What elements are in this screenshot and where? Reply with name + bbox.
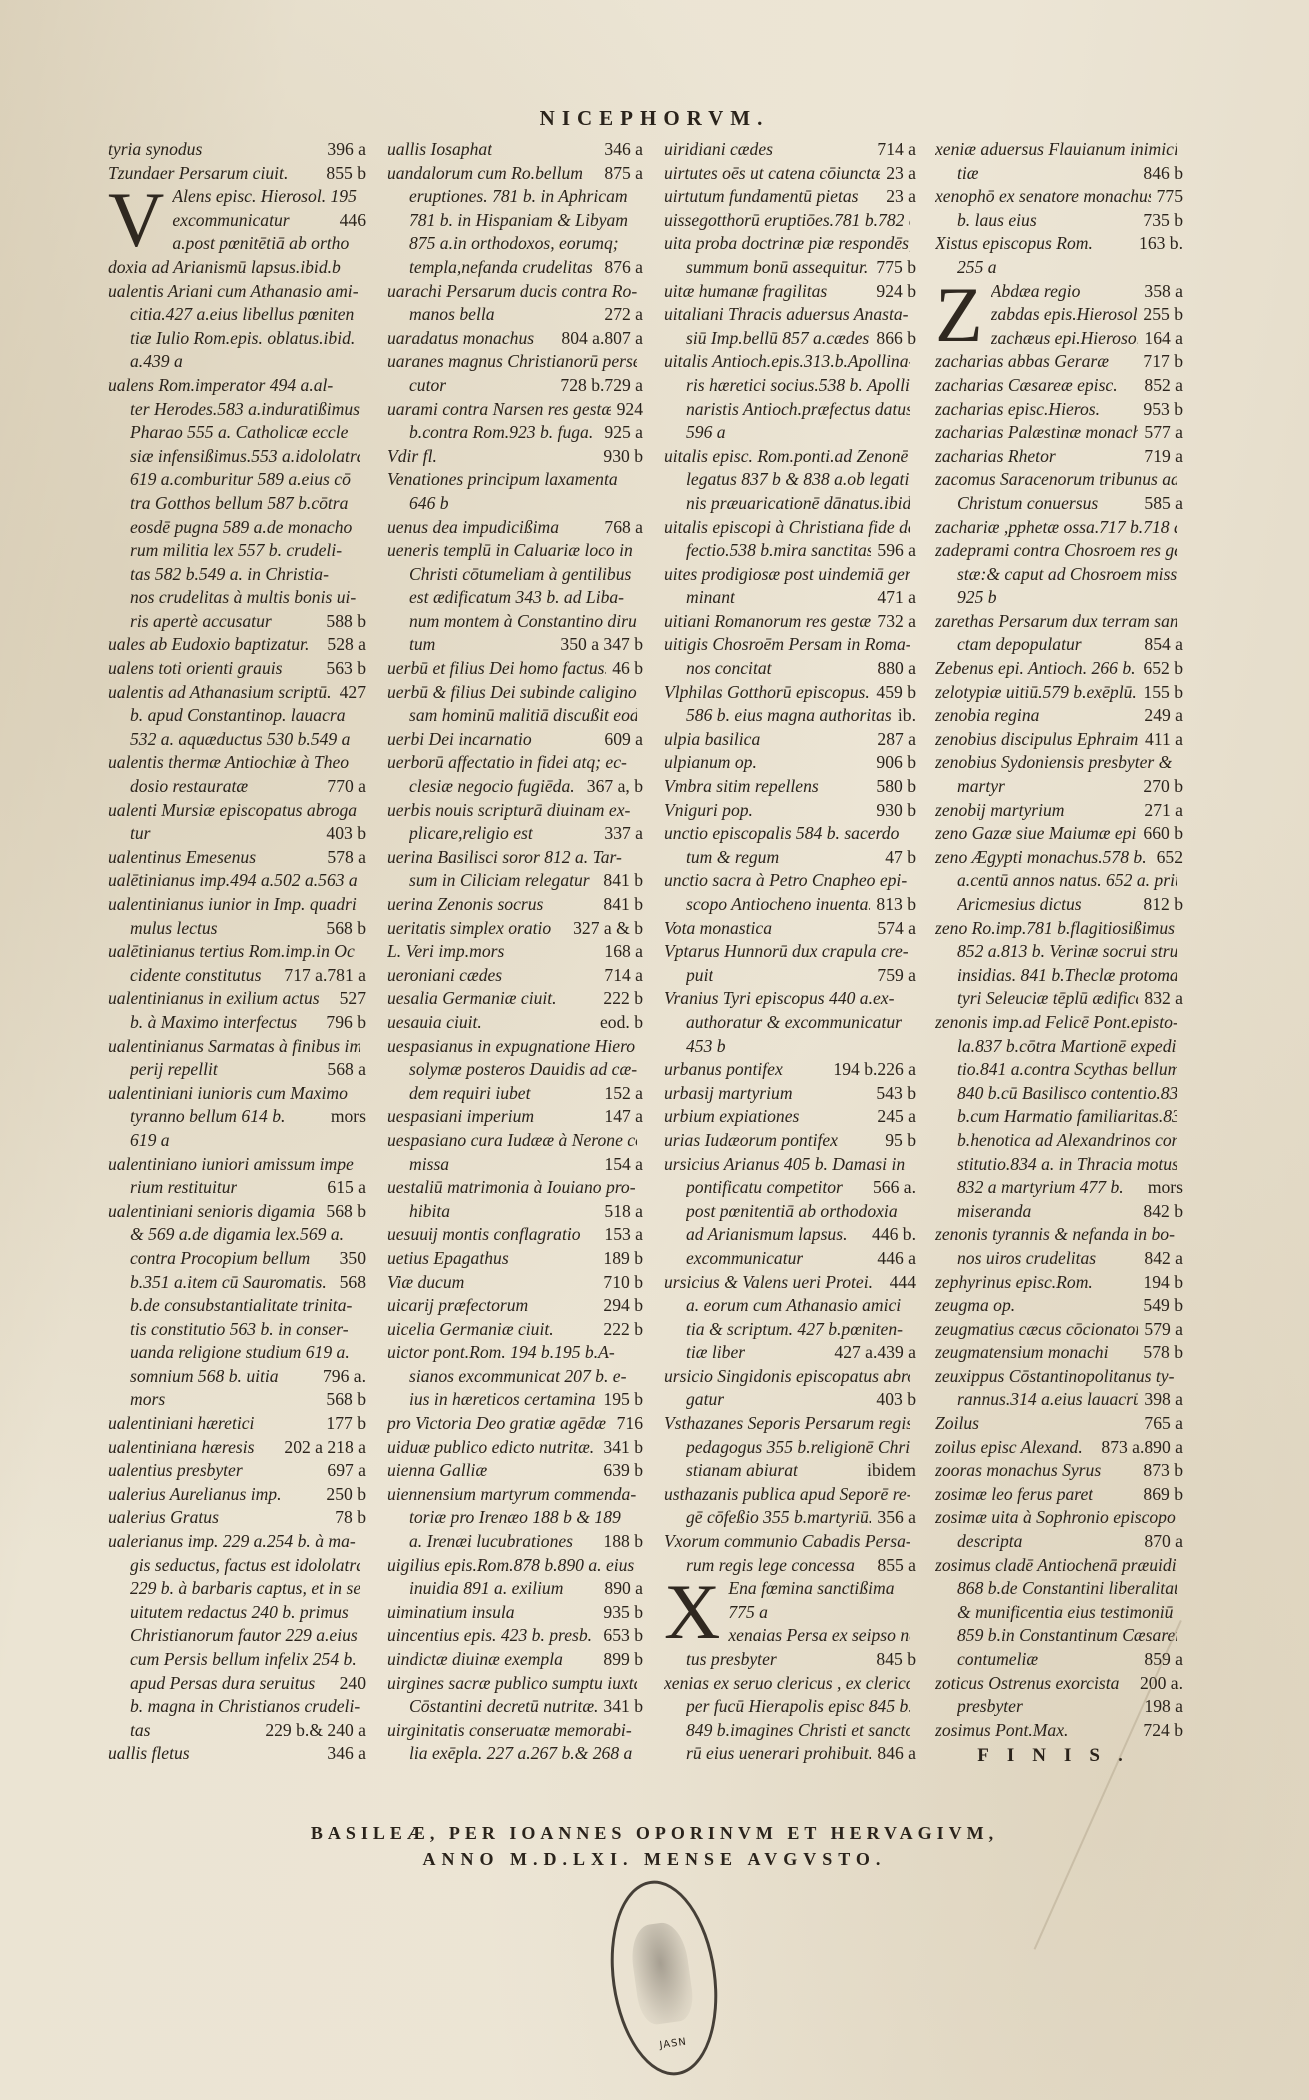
page-reference: 271 a [1138, 799, 1183, 823]
index-line: Pharao 555 a. Catholicæ eccle [108, 421, 366, 445]
page-reference: 585 a [1138, 492, 1183, 516]
page-reference [910, 1601, 916, 1625]
index-entry: zeno Ro.imp.781 b.flagitiosißimus852 a.8… [935, 917, 1183, 1011]
page-reference [910, 1294, 916, 1318]
index-entry: uerbis nouis scripturā diuinam ex-plicar… [387, 799, 643, 846]
page-reference: 639 b [597, 1459, 643, 1483]
page-reference [1177, 1129, 1183, 1153]
page-reference [360, 728, 366, 752]
index-line: uallis Iosaphat346 a [387, 138, 643, 162]
page-reference [360, 421, 366, 445]
index-entry: zacharias Cæsareæ episc.852 a [935, 374, 1183, 398]
entry-text: eruptiones. 781 b. in Aphricam [409, 185, 628, 209]
page-reference: 194 b.226 a [827, 1058, 916, 1082]
index-line: ualens toti orienti grauis563 b [108, 657, 366, 681]
index-line: ualentis Ariani cum Athanasio ami- [108, 280, 366, 304]
index-line: ualentis thermæ Antiochiæ à Theo [108, 751, 366, 775]
entry-text: uenus dea impudicißima [387, 516, 559, 540]
page-reference: 155 b [1137, 681, 1183, 705]
page-reference [1177, 1577, 1183, 1601]
index-line: ualentis ad Athanasium scriptū.427 [108, 681, 366, 705]
entry-text: Zoilus [935, 1412, 979, 1436]
index-line: Vota monastica574 a [664, 917, 916, 941]
index-line: ter Herodes.583 a.induratißimus [108, 398, 366, 422]
page-reference: 78 b [329, 1506, 366, 1530]
entry-text: ualentis Ariani cum Athanasio ami- [108, 280, 359, 304]
entry-text: uirginitatis conseruatæ memorabi- [387, 1719, 632, 1743]
entry-text: zosimæ uita à Sophronio episcopo [935, 1506, 1176, 1530]
page-reference [360, 468, 366, 492]
page-reference [360, 516, 366, 540]
index-line: siæ infensißimus.553 a.idololatra [108, 445, 366, 469]
index-line: ad Arianismum lapsus.446 b. [664, 1223, 916, 1247]
entry-text: somnium 568 b. uitia [130, 1365, 279, 1389]
page-reference [360, 232, 366, 256]
entry-text: doxia ad Arianismū lapsus.ibid.b [108, 256, 341, 280]
index-line: zacharias Rhetor719 a [935, 445, 1183, 469]
index-entry: Vmbra sitim repellens580 b [664, 775, 916, 799]
index-entry: zosimus cladē Antiochenā præuidit868 b.d… [935, 1554, 1183, 1672]
index-line: pedagogus 355 b.religionē Chri [664, 1436, 916, 1460]
index-line: uetius Epagathus189 b [387, 1247, 643, 1271]
page-reference: 245 a [871, 1105, 916, 1129]
entry-text: zacharias episc.Hieros. [935, 398, 1100, 422]
page-reference [1177, 751, 1183, 775]
page-reference: 272 a [598, 303, 643, 327]
index-line: Christum conuersus585 a [935, 492, 1183, 516]
entry-text: Cōstantini decretū nutritæ. [409, 1695, 597, 1719]
index-line: b.de consubstantialitate trinita- [108, 1294, 366, 1318]
entry-text: tyria synodus [108, 138, 202, 162]
index-line: ualentinianus in exilium actus527 [108, 987, 366, 1011]
page-reference: 924 b [870, 280, 916, 304]
index-line: gatur403 b [664, 1388, 916, 1412]
index-line: ualētinianus imp.494 a.502 a.563 a [108, 869, 366, 893]
index-entry: ualentiniana hæresis202 a 218 a [108, 1436, 366, 1460]
page-reference [637, 704, 643, 728]
page-reference: 240 [334, 1672, 366, 1696]
index-line: 840 b.cū Basilisco contentio.832 [935, 1082, 1183, 1106]
index-entry: xenias ex seruo clericus , ex clericoper… [664, 1672, 916, 1766]
index-line: dem requiri iubet152 a [387, 1082, 643, 1106]
page-reference: 574 a [871, 917, 916, 941]
index-entry: ulpianum op.906 b [664, 751, 916, 775]
index-entry: ualentinus Emesenus578 a [108, 846, 366, 870]
entry-text: pro Victoria Deo gratiæ agēdæ [387, 1412, 606, 1436]
index-line: Venationes principum laxamenta [387, 468, 643, 492]
index-line: xenias ex seruo clericus , ex clerico [664, 1672, 916, 1696]
index-entry: uespasiano cura Iudææ à Nerone cōmissa15… [387, 1129, 643, 1176]
index-line: zabdas epis.Hierosol.255 b [991, 303, 1183, 327]
page-reference [637, 610, 643, 634]
index-line: usthazanis publica apud Seporē re- [664, 1483, 916, 1507]
page-reference [637, 1058, 643, 1082]
entry-text: manos bella [409, 303, 495, 327]
page-reference [910, 492, 916, 516]
page-reference [360, 280, 366, 304]
page-reference [637, 1483, 643, 1507]
index-line: Aricmesius dictus812 b [935, 893, 1183, 917]
index-line: uitalis episcopi à Christiana fide de- [664, 516, 916, 540]
index-line: uites prodigiosæ post uindemiā ger- [664, 563, 916, 587]
entry-text: uerbi Dei incarnatio [387, 728, 532, 752]
page-reference: 249 a [1138, 704, 1183, 728]
entry-text: tiæ [957, 162, 979, 186]
page-reference: 717 b [1137, 350, 1183, 374]
index-line: legatus 837 b & 838 a.ob legatio [664, 468, 916, 492]
index-line: contra Procopium bellum350 [108, 1247, 366, 1271]
entry-text: zeno Ægypti monachus.578 b. [935, 846, 1147, 870]
page-reference [1177, 1058, 1183, 1082]
entry-text: Vsthazanes Seporis Persarum regis [664, 1412, 910, 1436]
entry-text: sianos excommunicat 207 b. e- [409, 1365, 626, 1389]
entry-text: uerina Zenonis socrus [387, 893, 543, 917]
entry-text: Aricmesius dictus [957, 893, 1082, 917]
index-line: uiminatium insula935 b [387, 1601, 643, 1625]
index-line: uicarij præfectorum294 b [387, 1294, 643, 1318]
index-entry: Vsthazanes Seporis Persarum regispedagog… [664, 1412, 916, 1483]
stamp-text: JASN [624, 2032, 723, 2057]
entry-text: rum militia lex 557 b. crudeli- [130, 539, 342, 563]
index-line: b.351 a.item cū Sauromatis.568 [108, 1271, 366, 1295]
entry-text: uitiani Romanorum res gestæ [664, 610, 871, 634]
index-column-3: uiridiani cædes714 auirtutes oēs ut cate… [664, 138, 916, 1766]
entry-text: authoratur & excommunicatur [686, 1011, 902, 1035]
index-line: zeno Ægypti monachus.578 b.652 [935, 846, 1183, 870]
entry-text: tia & scriptum. 427 b.pœniten- [686, 1318, 903, 1342]
entry-text: inuidia 891 a. exilium [409, 1577, 563, 1601]
entry-text: missa [409, 1153, 449, 1177]
entry-text: hibita [409, 1200, 450, 1224]
page-reference [910, 1577, 916, 1601]
page-reference [360, 1577, 366, 1601]
index-entry: uissegotthorū eruptiōes.781 b.782 a [664, 209, 916, 233]
index-line: urbium expiationes245 a [664, 1105, 916, 1129]
index-line: zacharias Palæstinæ monach.577 a [935, 421, 1183, 445]
entry-text: uerborū affectatio in fidei atq; ec- [387, 751, 627, 775]
index-entry: ualentiniano iuniori amissum imperium re… [108, 1153, 366, 1200]
index-line: tyria synodus396 a [108, 138, 366, 162]
entry-text: uespasiano cura Iudææ à Nerone cō [387, 1129, 637, 1153]
index-line: Viæ ducum710 b [387, 1271, 643, 1295]
page-reference: 152 a [598, 1082, 643, 1106]
index-entry: ualentis Ariani cum Athanasio ami-citia.… [108, 280, 366, 374]
index-line: zosimus cladē Antiochenā præuidit [935, 1554, 1183, 1578]
page-reference [910, 1318, 916, 1342]
index-line: tyri Seleuciæ tēplū ædificat832 a [935, 987, 1183, 1011]
entry-text: 832 a martyrium 477 b. [957, 1176, 1124, 1200]
index-line: xenaias Persa ex seipso na- [728, 1624, 916, 1648]
page-reference [360, 1648, 366, 1672]
index-line: la.837 b.cōtra Martionē expedi [935, 1035, 1183, 1059]
page-reference: 852 a [1138, 374, 1183, 398]
page-reference: 855 b [320, 162, 366, 186]
index-line: ualentinianus Sarmatas à finibus im [108, 1035, 366, 1059]
index-line: zeugma op.549 b [935, 1294, 1183, 1318]
index-line: ualentiniano iuniori amissum impe [108, 1153, 366, 1177]
index-entry: ualentiniani hæretici177 b [108, 1412, 366, 1436]
page-reference: 188 b [597, 1530, 643, 1554]
entry-text: ad Arianismum lapsus. [686, 1223, 847, 1247]
index-entry: uallis fletus346 a [108, 1742, 366, 1766]
entry-text: tio.841 a.contra Scythas bellum [957, 1058, 1177, 1082]
page-reference: 398 a [1138, 1388, 1183, 1412]
page-reference [910, 869, 916, 893]
page-reference [637, 492, 643, 516]
page-reference [1177, 1506, 1183, 1530]
page-reference [360, 586, 366, 610]
index-line: Abdæa regio358 a [991, 280, 1183, 304]
entry-text: ursicio Singidonis episcopatus abro [664, 1365, 910, 1389]
page-reference [637, 846, 643, 870]
index-line: nos uiros crudelitas842 a [935, 1247, 1183, 1271]
index-entry: uita proba doctrinæ piæ respondēs,summum… [664, 232, 916, 279]
page-reference: 596 a [871, 539, 916, 563]
page-reference: 796 a. [317, 1365, 366, 1389]
index-line: ius in hæreticos certamina195 b [387, 1388, 643, 1412]
page-reference: 875 a [598, 162, 643, 186]
index-line: stianam abiuratibidem [664, 1459, 916, 1483]
entry-text: uandalorum cum Ro.bellum [387, 162, 583, 186]
entry-text: Vxorum communio Cabadis Persa- [664, 1530, 910, 1554]
index-line: b.contra Rom.923 b. fuga.925 a [387, 421, 643, 445]
index-line: uirtutum fundamentū pietas23 a [664, 185, 916, 209]
index-entry: uindictæ diuinæ exempla899 b [387, 1648, 643, 1672]
entry-text: zacharias abbas Geraræ [935, 350, 1109, 374]
page-reference: 880 a [871, 657, 916, 681]
entry-text: a.post pœnitētiā ab ortho [172, 232, 349, 256]
page-reference: 660 b [1137, 822, 1183, 846]
index-line: zacharias abbas Geraræ717 b [935, 350, 1183, 374]
page-reference: 446 [334, 209, 366, 233]
page-reference: 250 b [320, 1483, 366, 1507]
entry-text: & 569 a.de digamia lex.569 a. [130, 1223, 344, 1247]
index-entry: ueroniani cædes714 a [387, 964, 643, 988]
entry-text: a.centū annos natus. 652 a. prius [957, 869, 1177, 893]
index-line: ualens Rom.imperator 494 a.al- [108, 374, 366, 398]
entry-text: stæ:& caput ad Chosroem missū [957, 563, 1177, 587]
index-line: Christianorum fautor 229 a.eius [108, 1624, 366, 1648]
index-entry: uales ab Eudoxio baptizatur.528 a [108, 633, 366, 657]
index-entry: ursicius Arianus 405 b. Damasi inpontifi… [664, 1153, 916, 1271]
entry-text: ualētinianus imp.494 a.502 a.563 a [108, 869, 358, 893]
page-reference: 350 a 347 b [554, 633, 643, 657]
index-line: Zebenus epi. Antioch. 266 b.652 b [935, 657, 1183, 681]
index-line: 859 b.in Constantinum Cæsarem [935, 1624, 1183, 1648]
page-reference: 615 a [321, 1176, 366, 1200]
page-reference: 147 a [598, 1105, 643, 1129]
entry-text: uerbū et filius Dei homo factus. [387, 657, 606, 681]
entry-text: ualentiniano iuniori amissum impe [108, 1153, 354, 1177]
entry-text: b. apud Constantinop. lauacra [130, 704, 346, 728]
entry-text: b. à Maximo interfectus [130, 1011, 297, 1035]
entry-text: tum & regum [686, 846, 779, 870]
entry-text: gatur [686, 1388, 724, 1412]
index-line: & 569 a.de digamia lex.569 a. [108, 1223, 366, 1247]
index-line: uictor pont.Rom. 194 b.195 b.A- [387, 1341, 643, 1365]
index-line: L. Veri imp.mors168 a [387, 940, 643, 964]
page-reference [360, 1082, 366, 1106]
page-reference: 195 b [597, 1388, 643, 1412]
page-reference: 459 b [870, 681, 916, 705]
index-line: templa,nefanda crudelitas876 a [387, 256, 643, 280]
entry-text: ualentinianus iunior in Imp. quadri [108, 893, 357, 917]
entry-text: 852 a.813 b. Verinæ socrui struit [957, 940, 1177, 964]
entry-text: uesauia ciuit. [387, 1011, 482, 1035]
index-line: Vptarus Hunnorū dux crapula cre- [664, 940, 916, 964]
page-reference: 724 b [1137, 1719, 1183, 1743]
page-reference [1177, 563, 1183, 587]
entry-text: tiæ Iulio Rom.epis. oblatus.ibid. [130, 327, 355, 351]
page-reference [1177, 1153, 1183, 1177]
entry-text: naristis Antioch.præfectus datus [686, 398, 910, 422]
index-entry: zenobia regina249 a [935, 704, 1183, 728]
entry-text: tiæ liber [686, 1341, 745, 1365]
page-reference: 446 b. [866, 1223, 916, 1247]
page-reference: 287 a [871, 728, 916, 752]
index-entry: ualentinianus iunior in Imp. quadrimulus… [108, 893, 366, 940]
page-reference [637, 185, 643, 209]
entry-text: Vlphilas Gotthorū episcopus. [664, 681, 870, 705]
index-line: uesuuij montis conflagratio153 a [387, 1223, 643, 1247]
entry-text: ueritatis simplex oratio [387, 917, 551, 941]
page-reference: 854 a [1138, 633, 1183, 657]
page-reference: 568 [334, 1271, 366, 1295]
index-line: doxia ad Arianismū lapsus.ibid.b [108, 256, 366, 280]
index-line: uicelia Germaniæ ciuit.222 b [387, 1318, 643, 1342]
index-line: 868 b.de Constantini liberalitate [935, 1577, 1183, 1601]
page-reference: 716 [611, 1412, 643, 1436]
index-line: zosimus Pont.Max.724 b [935, 1719, 1183, 1743]
index-line: authoratur & excommunicatur [664, 1011, 916, 1035]
page-reference [1177, 1035, 1183, 1059]
entry-text: 775 a [728, 1601, 768, 1625]
page-reference [1177, 1554, 1183, 1578]
page-reference: 200 a. [1134, 1672, 1183, 1696]
entry-text: ursicius & Valens ueri Protei. [664, 1271, 873, 1295]
page-reference: 924 [611, 398, 643, 422]
page-reference: 873 a.890 a [1095, 1436, 1183, 1460]
index-entry: Zoilus765 a [935, 1412, 1183, 1436]
index-entry: tyria synodus396 a [108, 138, 366, 162]
index-entry: ualentiniani senioris digamia568 b& 569 … [108, 1200, 366, 1412]
index-entry: ualerius Aurelianus imp.250 b [108, 1483, 366, 1507]
page-reference: 841 b [597, 893, 643, 917]
index-line: ualētinianus tertius Rom.imp.in Oc [108, 940, 366, 964]
index-line: ualentiniani iunioris cum Maximo [108, 1082, 366, 1106]
page-reference [360, 350, 366, 374]
entry-text: uanda religione studium 619 a. [130, 1341, 350, 1365]
index-line: gis seductus, factus est idololatra [108, 1554, 366, 1578]
index-entry: uirtutum fundamentū pietas23 a [664, 185, 916, 209]
index-entry: uandalorum cum Ro.bellum875 aeruptiones.… [387, 162, 643, 280]
page-reference [910, 633, 916, 657]
imprint-line-2: ANNO M.D.LXI. MENSE AVGVSTO. [0, 1849, 1309, 1870]
index-column-2: uallis Iosaphat346 auandalorum cum Ro.be… [387, 138, 643, 1766]
index-line: uanda religione studium 619 a. [108, 1341, 366, 1365]
index-line: & munificentia eius testimoniū [935, 1601, 1183, 1625]
index-line: cutor728 b.729 a [387, 374, 643, 398]
index-entry: zosimus Pont.Max.724 b [935, 1719, 1183, 1743]
index-entry: uitiani Romanorum res gestæ732 a [664, 610, 916, 634]
index-line: a.centū annos natus. 652 a. prius [935, 869, 1183, 893]
index-line: uissegotthorū eruptiōes.781 b.782 a [664, 209, 916, 233]
index-line: tyranno bellum 614 b.mors [108, 1105, 366, 1129]
index-line: nos crudelitas à multis bonis ui- [108, 586, 366, 610]
entry-text: a. Irenæi lucubrationes [409, 1530, 573, 1554]
index-line: tur403 b [108, 822, 366, 846]
entry-text: 619 a [130, 1129, 170, 1153]
page-reference: 346 a [598, 138, 643, 162]
index-line: zosimæ uita à Sophronio episcopo [935, 1506, 1183, 1530]
entry-text: tur [130, 822, 151, 846]
index-entry: XEna fœmina sanctißima775 axenaias Persa… [664, 1577, 916, 1648]
entry-text: zeuxippus Cōstantinopolitanus ty- [935, 1365, 1174, 1389]
index-entry: urbanus pontifex194 b.226 a [664, 1058, 916, 1082]
entry-text: uerbū & filius Dei subinde caligino [387, 681, 637, 705]
page-reference: 728 b.729 a [554, 374, 643, 398]
index-entry: Vdir fl.930 b [387, 445, 643, 469]
index-line: rium restituitur615 a [108, 1176, 366, 1200]
index-entry: Venationes principum laxamenta646 b [387, 468, 643, 515]
index-entry: uenus dea impudicißima768 a [387, 516, 643, 540]
index-entry: zadeprami contra Chosroem res gestæ:& ca… [935, 539, 1183, 610]
index-line: uitalis Antioch.epis.313.b.Apollina- [664, 350, 916, 374]
index-entry: uictor pont.Rom. 194 b.195 b.A-sianos ex… [387, 1341, 643, 1412]
page-reference: 846 b [1137, 162, 1183, 186]
index-entry: uesalia Germaniæ ciuit.222 b [387, 987, 643, 1011]
page-reference [910, 1011, 916, 1035]
entry-text: nis præuaricationē dānatus.ibid. [686, 492, 910, 516]
page-reference: 717 a.781 a [278, 964, 366, 988]
index-line: dosio restauratæ770 a [108, 775, 366, 799]
entry-text: sam hominū malitiā discußit eod.a [409, 704, 637, 728]
entry-text: zosimæ leo ferus paret [935, 1483, 1093, 1507]
entry-text: ris hæretici socius.538 b. Apolli- [686, 374, 910, 398]
page-reference: 568 b [320, 1200, 366, 1224]
index-line: uiennensium martyrum commenda- [387, 1483, 643, 1507]
index-line: somnium 568 b. uitia796 a. [108, 1365, 366, 1389]
index-line: tus presbyter845 b [664, 1648, 916, 1672]
index-line: zeugmatensium monachi578 b [935, 1341, 1183, 1365]
page-reference [1177, 539, 1183, 563]
entry-text: Xistus episcopus Rom. [935, 232, 1093, 256]
entry-text: per fucū Hierapolis episc 845 b. [686, 1695, 910, 1719]
entry-text: b.henotica ad Alexandrinos con [957, 1129, 1177, 1153]
index-line: uesauia ciuit.eod. b [387, 1011, 643, 1035]
page-reference: 427 [334, 681, 366, 705]
page-reference: 869 b [1137, 1483, 1183, 1507]
index-line: uirgines sacræ publico sumptu iuxta [387, 1672, 643, 1696]
index-line: xeniæ aduersus Flauianum inimici- [935, 138, 1183, 162]
page-reference [910, 232, 916, 256]
index-entry: uerina Basilisci soror 812 a. Tar-sum in… [387, 846, 643, 893]
page-reference [637, 1341, 643, 1365]
page-reference: 578 a [321, 846, 366, 870]
index-line: ursicio Singidonis episcopatus abro [664, 1365, 916, 1389]
index-line: ulpia basilica287 a [664, 728, 916, 752]
entry-text: Ena fœmina sanctißima [728, 1577, 894, 1601]
page-reference: 396 a [321, 138, 366, 162]
page-reference: 609 a [598, 728, 643, 752]
entry-text: gis seductus, factus est idololatra [130, 1554, 360, 1578]
page-reference: 356 a [871, 1506, 916, 1530]
entry-text: cidente constitutus [130, 964, 261, 988]
index-entry: ualentiniani iunioris cum Maximotyranno … [108, 1082, 366, 1153]
entry-text: tyri Seleuciæ tēplū ædificat [957, 987, 1138, 1011]
page-reference [360, 1554, 366, 1578]
index-line: b. à Maximo interfectus796 b [108, 1011, 366, 1035]
